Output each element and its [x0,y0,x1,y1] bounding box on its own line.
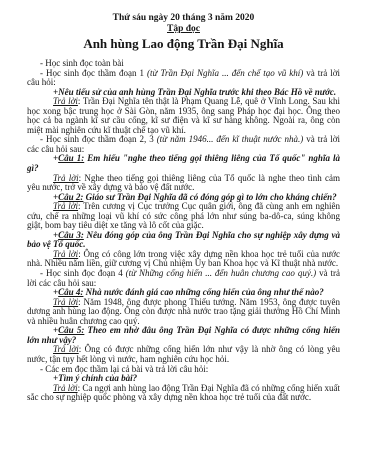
page-title: Anh hùng Lao động Trần Đại Nghĩa [27,36,340,51]
subject-label: Tập đọc [27,24,340,35]
text-run: - Các em đọc thầm lại cả bài và trả lời … [40,364,208,374]
paragraph: - Học sinh đọc thầm đoạn 1 (từ Trần Đại … [27,69,340,88]
text-run: - Học sinh đọc thầm đoạn 2, 3 [40,134,157,144]
date-line: Thứ sáu ngày 20 tháng 3 năm 2020 [27,13,340,24]
paragraph: +Câu 3: Nêu đóng góp của ông Trần Đại Ng… [27,231,340,250]
text-run: Trả lời [53,201,78,211]
paragraph: Trả lời: Nghe theo tiếng gọi thiêng liên… [27,174,340,193]
text-run: Câu 3: [58,230,84,240]
document-body: - Học sinh đọc toàn bài- Học sinh đọc th… [27,59,340,403]
text-run: - Học sinh đọc đoạn 4 [40,268,126,278]
text-run: Trả lời [53,96,78,106]
text-run: Trả lời [53,297,78,307]
text-run: Nhà nước đánh giá cao những cống hiến củ… [83,287,323,297]
text-run: Câu 4: [58,287,83,297]
text-run: +Nêu tiểu sử của anh hùng Trần Đại Nghĩa… [53,87,336,97]
text-run: Giáo sư Trần Đại Nghĩa đã có đóng góp gì… [83,192,336,202]
text-run: Câu 2: [58,192,83,202]
paragraph: Trả lời: Ông có được những cống hiến lớn… [27,345,340,364]
paragraph: - Học sinh đọc thầm đoạn 2, 3 (từ năm 19… [27,135,340,154]
paragraph: Trả lời: Ông có công lớn trong việc xây … [27,250,340,269]
paragraph: +Câu 1: Em hiểu "nghe theo tiếng gọi thi… [27,154,340,173]
text-run: Trả lời [53,173,79,183]
text-run: - Học sinh đọc toàn bài [40,58,124,68]
paragraph: Trả lời: Trần Đại Nghĩa tên thật là Phạm… [27,97,340,135]
text-run: +Tìm ý chính của bài? [53,373,137,383]
document-page: Thứ sáu ngày 20 tháng 3 năm 2020 Tập đọc… [0,0,366,473]
text-run: Câu 1: [58,153,84,163]
text-run: - Học sinh đọc thầm đoạn 1 [40,68,147,78]
paragraph: Trả lời: Năm 1948, ông được phong Thiếu … [27,298,340,327]
text-run: Trả lời [53,344,79,354]
text-run: (từ Những cống hiến ... đến huân chương … [126,268,316,278]
paragraph: Trả lời: Trên cương vị Cục trưởng Cục qu… [27,202,340,231]
paragraph: - Học sinh đọc đoạn 4 (từ Những cống hiế… [27,269,340,288]
paragraph: Trả lời: Ca ngợi anh hùng lao động Trần … [27,384,340,403]
paragraph: +Câu 5: Theo em nhờ đâu ông Trần Đại Ngh… [27,326,340,345]
text-run: Câu 5: [58,325,84,335]
document-header: Thứ sáu ngày 20 tháng 3 năm 2020 Tập đọc… [27,13,340,51]
text-run: Trả lời [53,249,78,259]
text-run: (từ Trần Đại Nghĩa ... đến chế tạo vũ kh… [147,68,303,78]
text-run: Trả lời [53,383,78,393]
text-run: (từ năm 1946... đến kĩ thuật nước nhà.) [157,134,304,144]
